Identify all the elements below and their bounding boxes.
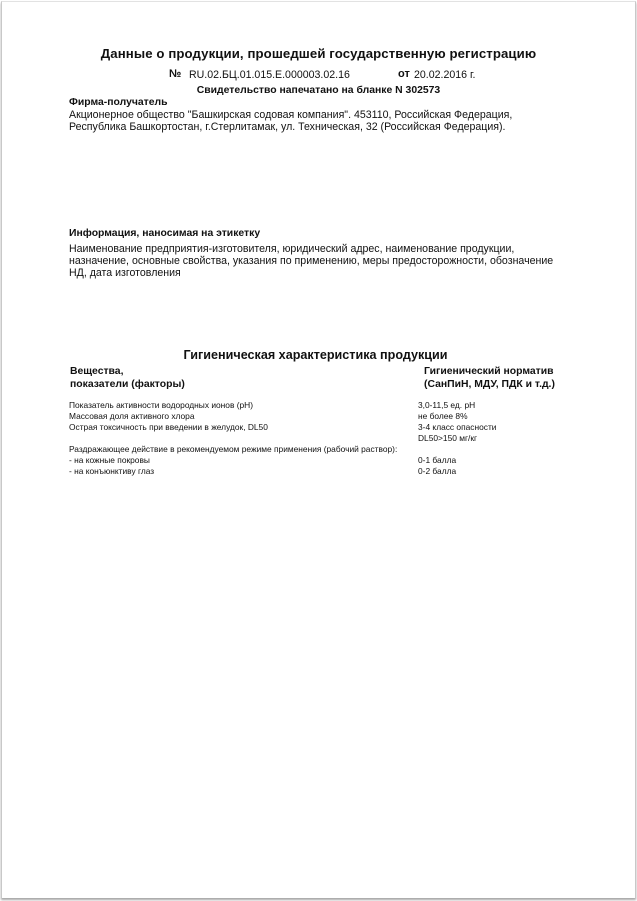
hygiene-row-factor: Показатель активности водородных ионов (…	[69, 400, 253, 411]
hygiene-title: Гигиеническая характеристика продукции	[2, 348, 629, 362]
label-info-line-2: назначение, основные свойства, указания …	[69, 255, 553, 267]
hygiene-row-factor: Массовая доля активного хлора	[69, 411, 195, 422]
hygiene-row-factor: Острая токсичность при введении в желудо…	[69, 422, 268, 433]
registration-date: 20.02.2016 г.	[414, 69, 475, 81]
irritation-row-factor: - на кожные покровы	[69, 455, 150, 466]
irritation-heading: Раздражающее действие в рекомендуемом ре…	[69, 444, 397, 455]
certificate-note: Свидетельство напечатано на бланке N 302…	[2, 85, 635, 96]
registration-date-label: от	[398, 68, 410, 80]
hygiene-row-norm: 3,0-11,5 ед. pH	[418, 400, 475, 411]
hygiene-row-norm: DL50>150 мг/кг	[418, 433, 477, 444]
irritation-row-norm: 0-1 балла	[418, 455, 456, 466]
factors-column-header-line-2: показатели (факторы)	[70, 378, 185, 391]
document-page: Данные о продукции, прошедшей государств…	[1, 1, 636, 898]
recipient-address-line-2: Республика Башкортостан, г.Стерлитамак, …	[69, 121, 506, 133]
document-title: Данные о продукции, прошедшей государств…	[2, 46, 635, 61]
registration-number: RU.02.БЦ.01.015.E.000003.02.16	[189, 69, 350, 81]
recipient-address-line-1: Акционерное общество "Башкирская содовая…	[69, 109, 512, 121]
norm-column-header-line-1: Гигиенический норматив	[424, 365, 554, 378]
recipient-heading: Фирма-получатель	[69, 97, 168, 108]
norm-column-header-line-2: (СанПиН, МДУ, ПДК и т.д.)	[424, 378, 555, 391]
hygiene-row-norm: не более 8%	[418, 411, 468, 422]
label-info-line-3: НД, дата изготовления	[69, 267, 181, 279]
factors-column-header-line-1: Вещества,	[70, 365, 123, 378]
irritation-row-factor: - на конъюнктиву глаз	[69, 466, 154, 477]
label-info-heading: Информация, наносимая на этикетку	[69, 228, 260, 239]
registration-number-label: №	[169, 68, 181, 80]
irritation-row-norm: 0-2 балла	[418, 466, 456, 477]
hygiene-row-norm: 3-4 класс опасности	[418, 422, 496, 433]
label-info-line-1: Наименование предприятия-изготовителя, ю…	[69, 243, 514, 255]
